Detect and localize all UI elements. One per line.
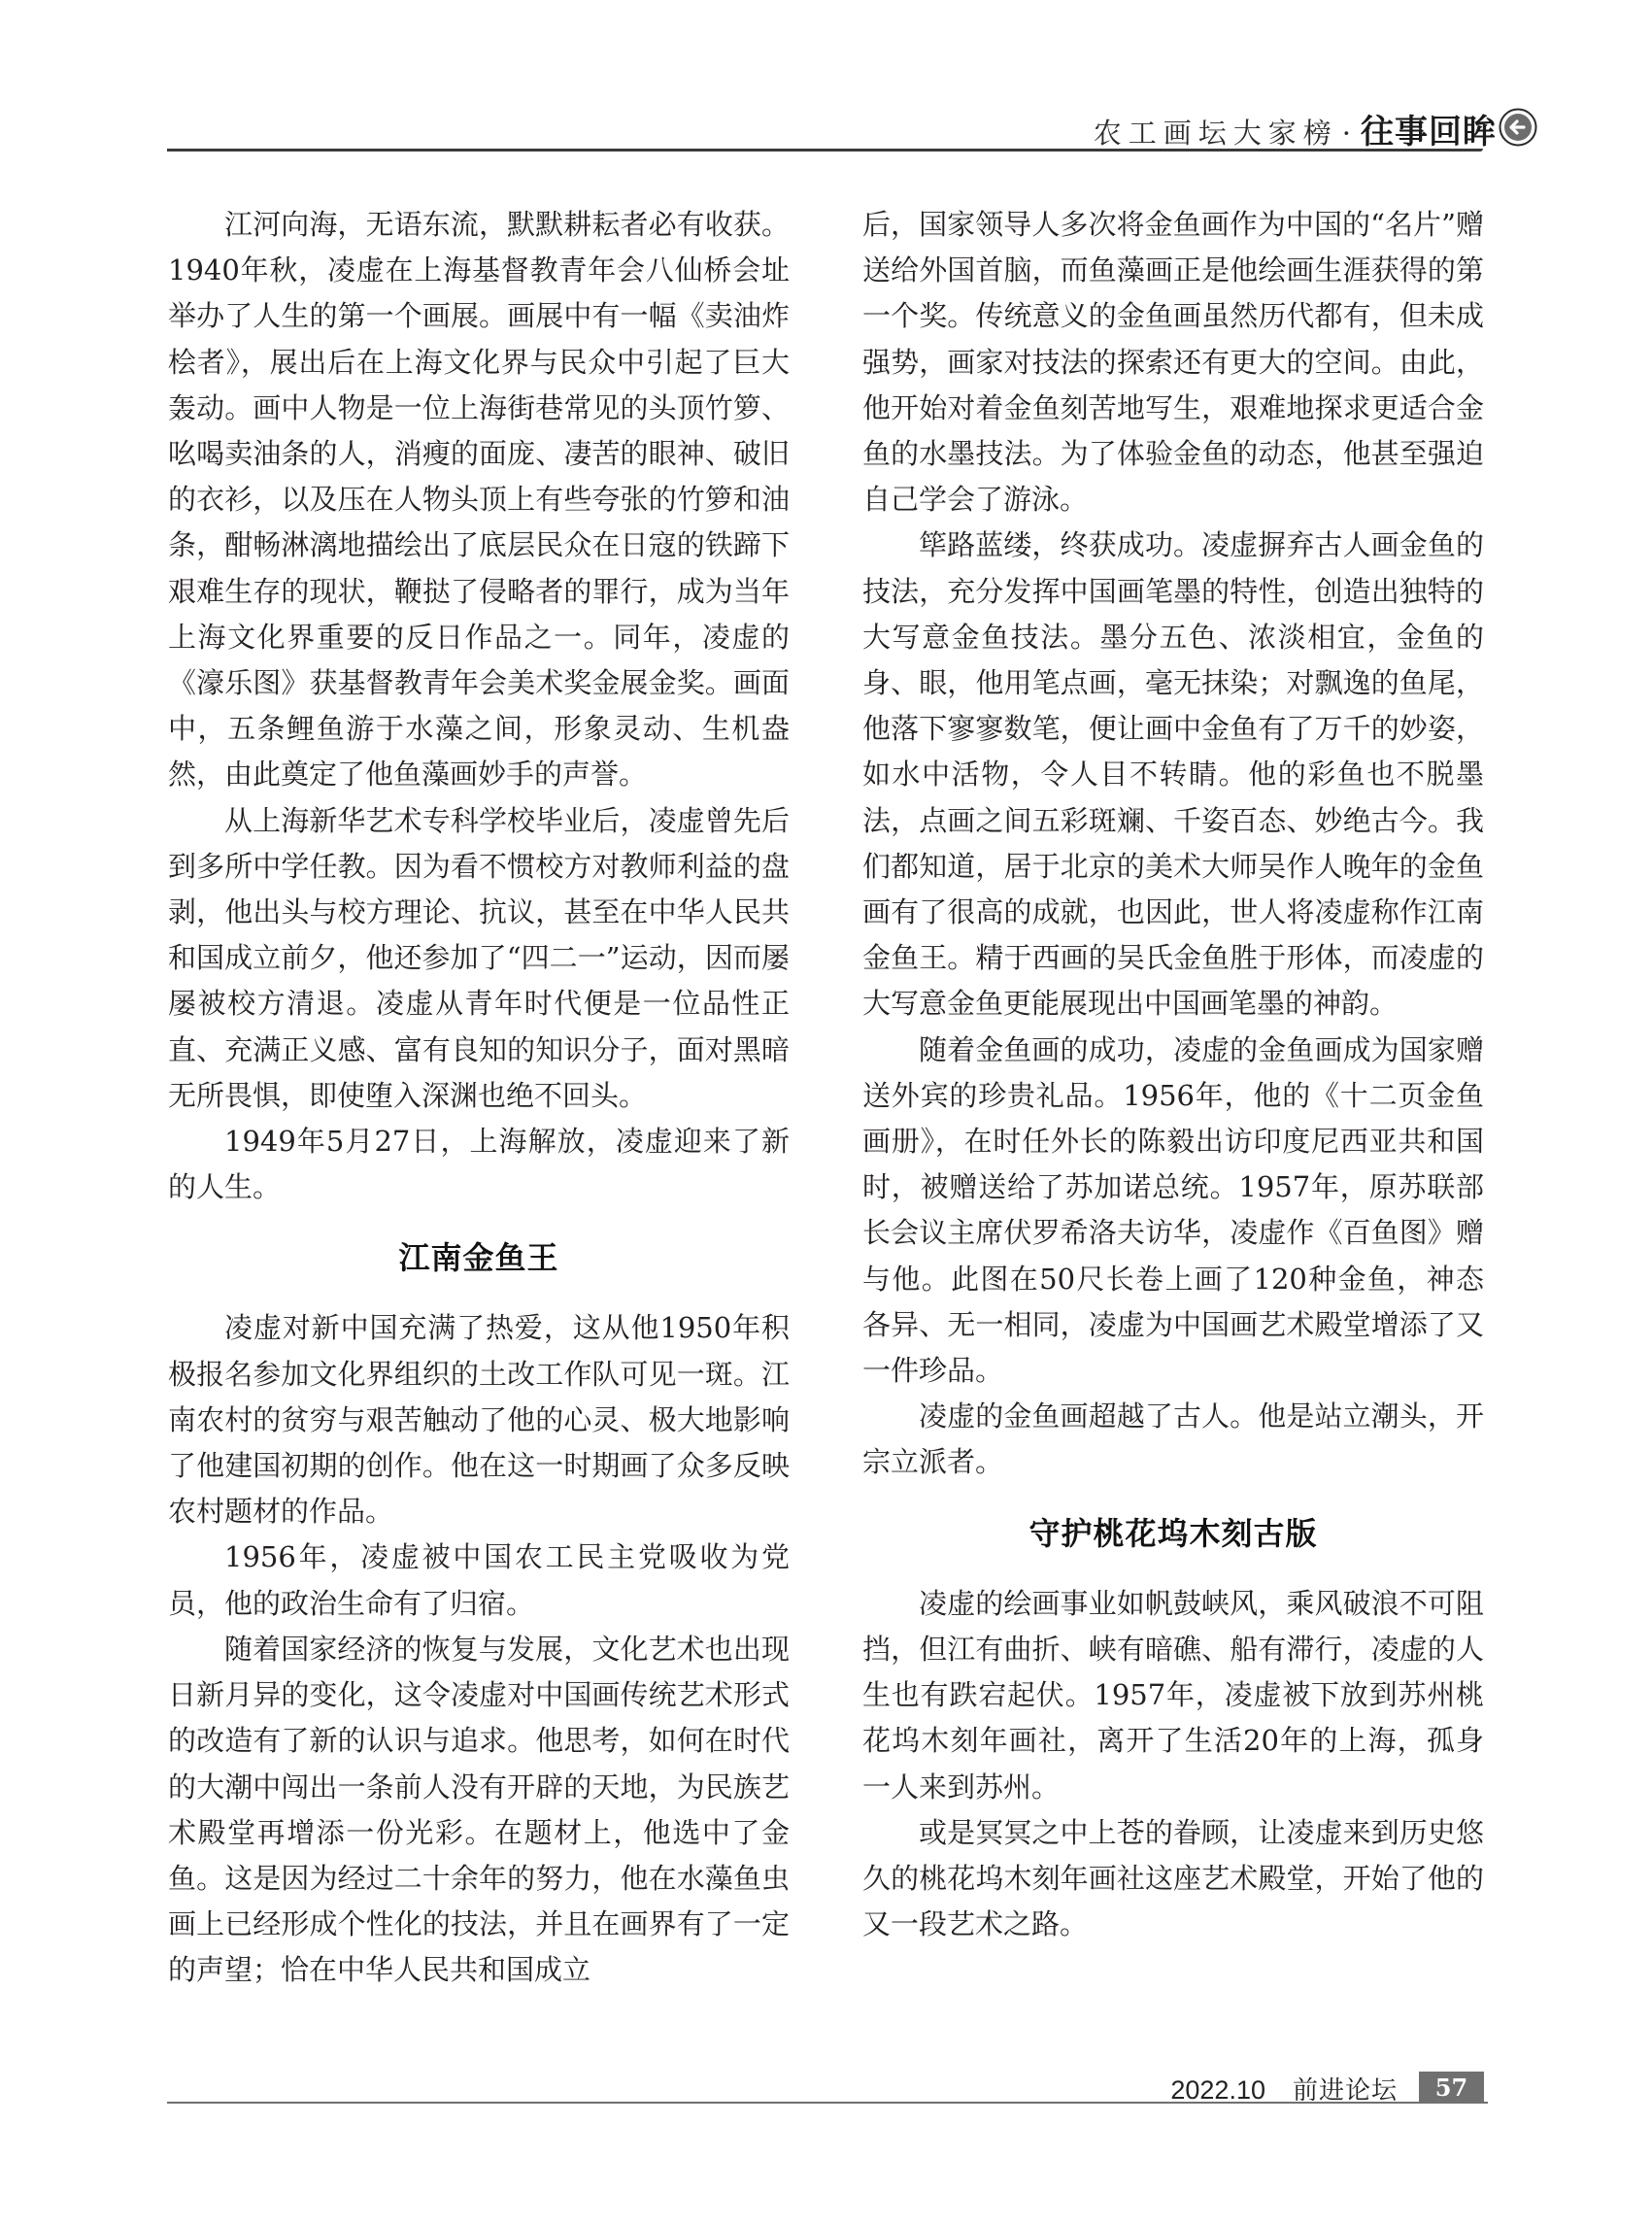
- header-separator: ·: [1342, 117, 1351, 150]
- article-column-left: 江河向海，无语东流，默默耕耘者必有收获。1940年秋，凌虚在上海基督教青年会八仙…: [168, 202, 790, 1994]
- page-number-badge: 57: [1419, 2072, 1484, 2104]
- header-column-name: 农工画坛大家榜: [1094, 112, 1338, 152]
- header-section-name: 往事回眸: [1361, 105, 1497, 152]
- paragraph: 凌虚的绘画事业如帆鼓峡风，乘风破浪不可阻挡，但江有曲折、峡有暗礁、船有滞行，凌虚…: [862, 1581, 1484, 1810]
- paragraph: 凌虚的金鱼画超越了古人。他是站立潮头，开宗立派者。: [862, 1394, 1484, 1485]
- header-divider: [167, 149, 1483, 152]
- paragraph: 凌虚对新中国充满了热爱，这从他1950年积极报名参加文化界组织的土改工作队可见一…: [168, 1305, 790, 1534]
- article-column-right: 后，国家领导人多次将金鱼画作为中国的“名片”赠送给外国首脑，而鱼藻画正是他绘画生…: [862, 202, 1484, 1947]
- header-title: 农工画坛大家榜 · 往事回眸: [1094, 105, 1497, 152]
- section-heading: 江南金鱼王: [168, 1210, 790, 1305]
- paragraph: 随着国家经济的恢复与发展，文化艺术也出现日新月异的变化，这令凌虚对中国画传统艺术…: [168, 1627, 790, 1994]
- paragraph: 1956年，凌虚被中国农工民主党吸收为党员，他的政治生命有了归宿。: [168, 1534, 790, 1626]
- paragraph: 或是冥冥之中上苍的眷顾，让凌虚来到历史悠久的桃花坞木刻年画社这座艺术殿堂，开始了…: [862, 1810, 1484, 1948]
- left-arrow-circle-icon: [1499, 108, 1537, 147]
- footer-divider: [167, 2102, 1488, 2104]
- paragraph: 1949年5月27日，上海解放，凌虚迎来了新的人生。: [168, 1119, 790, 1210]
- section-heading: 守护桃花坞木刻古版: [862, 1486, 1484, 1581]
- paragraph: 筚路蓝缕，终获成功。凌虚摒弃古人画金鱼的技法，充分发挥中国画笔墨的特性，创造出独…: [862, 523, 1484, 1027]
- paragraph: 江河向海，无语东流，默默耕耘者必有收获。1940年秋，凌虚在上海基督教青年会八仙…: [168, 202, 790, 798]
- paragraph: 从上海新华艺术专科学校毕业后，凌虚曾先后到多所中学任教。因为看不惯校方对教师利益…: [168, 798, 790, 1119]
- paragraph-continued: 后，国家领导人多次将金鱼画作为中国的“名片”赠送给外国首脑，而鱼藻画正是他绘画生…: [862, 202, 1484, 523]
- paragraph: 随着金鱼画的成功，凌虚的金鱼画成为国家赠送外宾的珍贵礼品。1956年，他的《十二…: [862, 1028, 1484, 1395]
